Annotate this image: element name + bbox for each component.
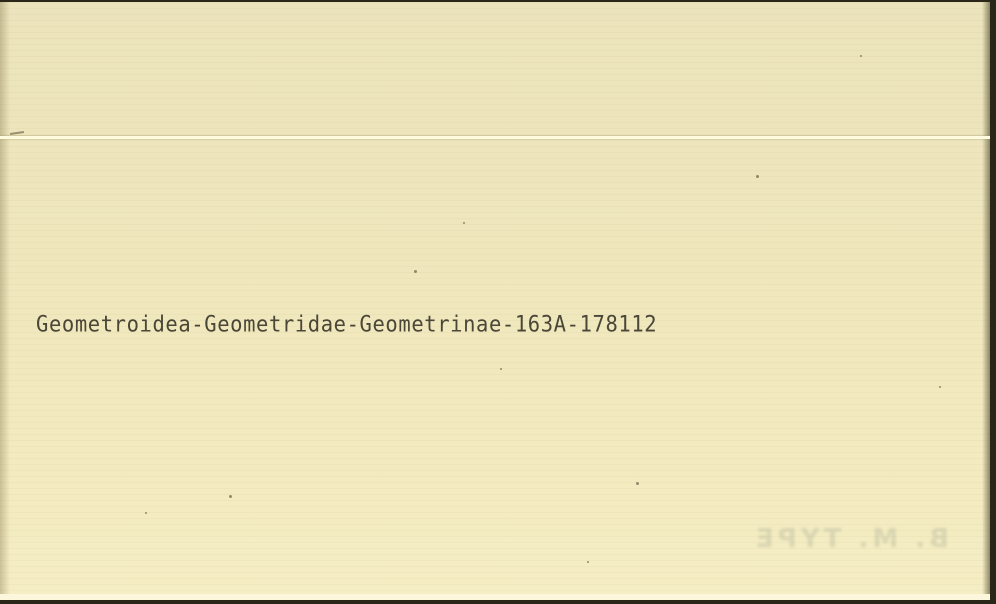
specimen-index-card: Geometroidea-Geometridae-Geometrinae-163…	[0, 2, 990, 600]
card-right-edge-shadow	[982, 2, 990, 600]
taxonomy-label: Geometroidea-Geometridae-Geometrinae-163…	[36, 311, 657, 337]
paper-speck	[587, 561, 589, 563]
card-left-edge-shadow	[0, 2, 10, 600]
paper-speck	[229, 495, 232, 498]
bleed-through-stamp: B. M. TYPE	[752, 524, 949, 554]
card-bottom-edge	[0, 594, 990, 600]
ink-mark	[10, 131, 24, 135]
paper-speck	[500, 368, 502, 370]
paper-speck	[636, 482, 639, 485]
paper-speck	[756, 175, 759, 178]
paper-speck	[414, 270, 417, 273]
card-fold-line	[0, 136, 990, 139]
paper-speck	[145, 512, 147, 514]
paper-speck	[860, 55, 862, 57]
paper-speck	[939, 386, 941, 388]
paper-speck	[463, 222, 465, 224]
